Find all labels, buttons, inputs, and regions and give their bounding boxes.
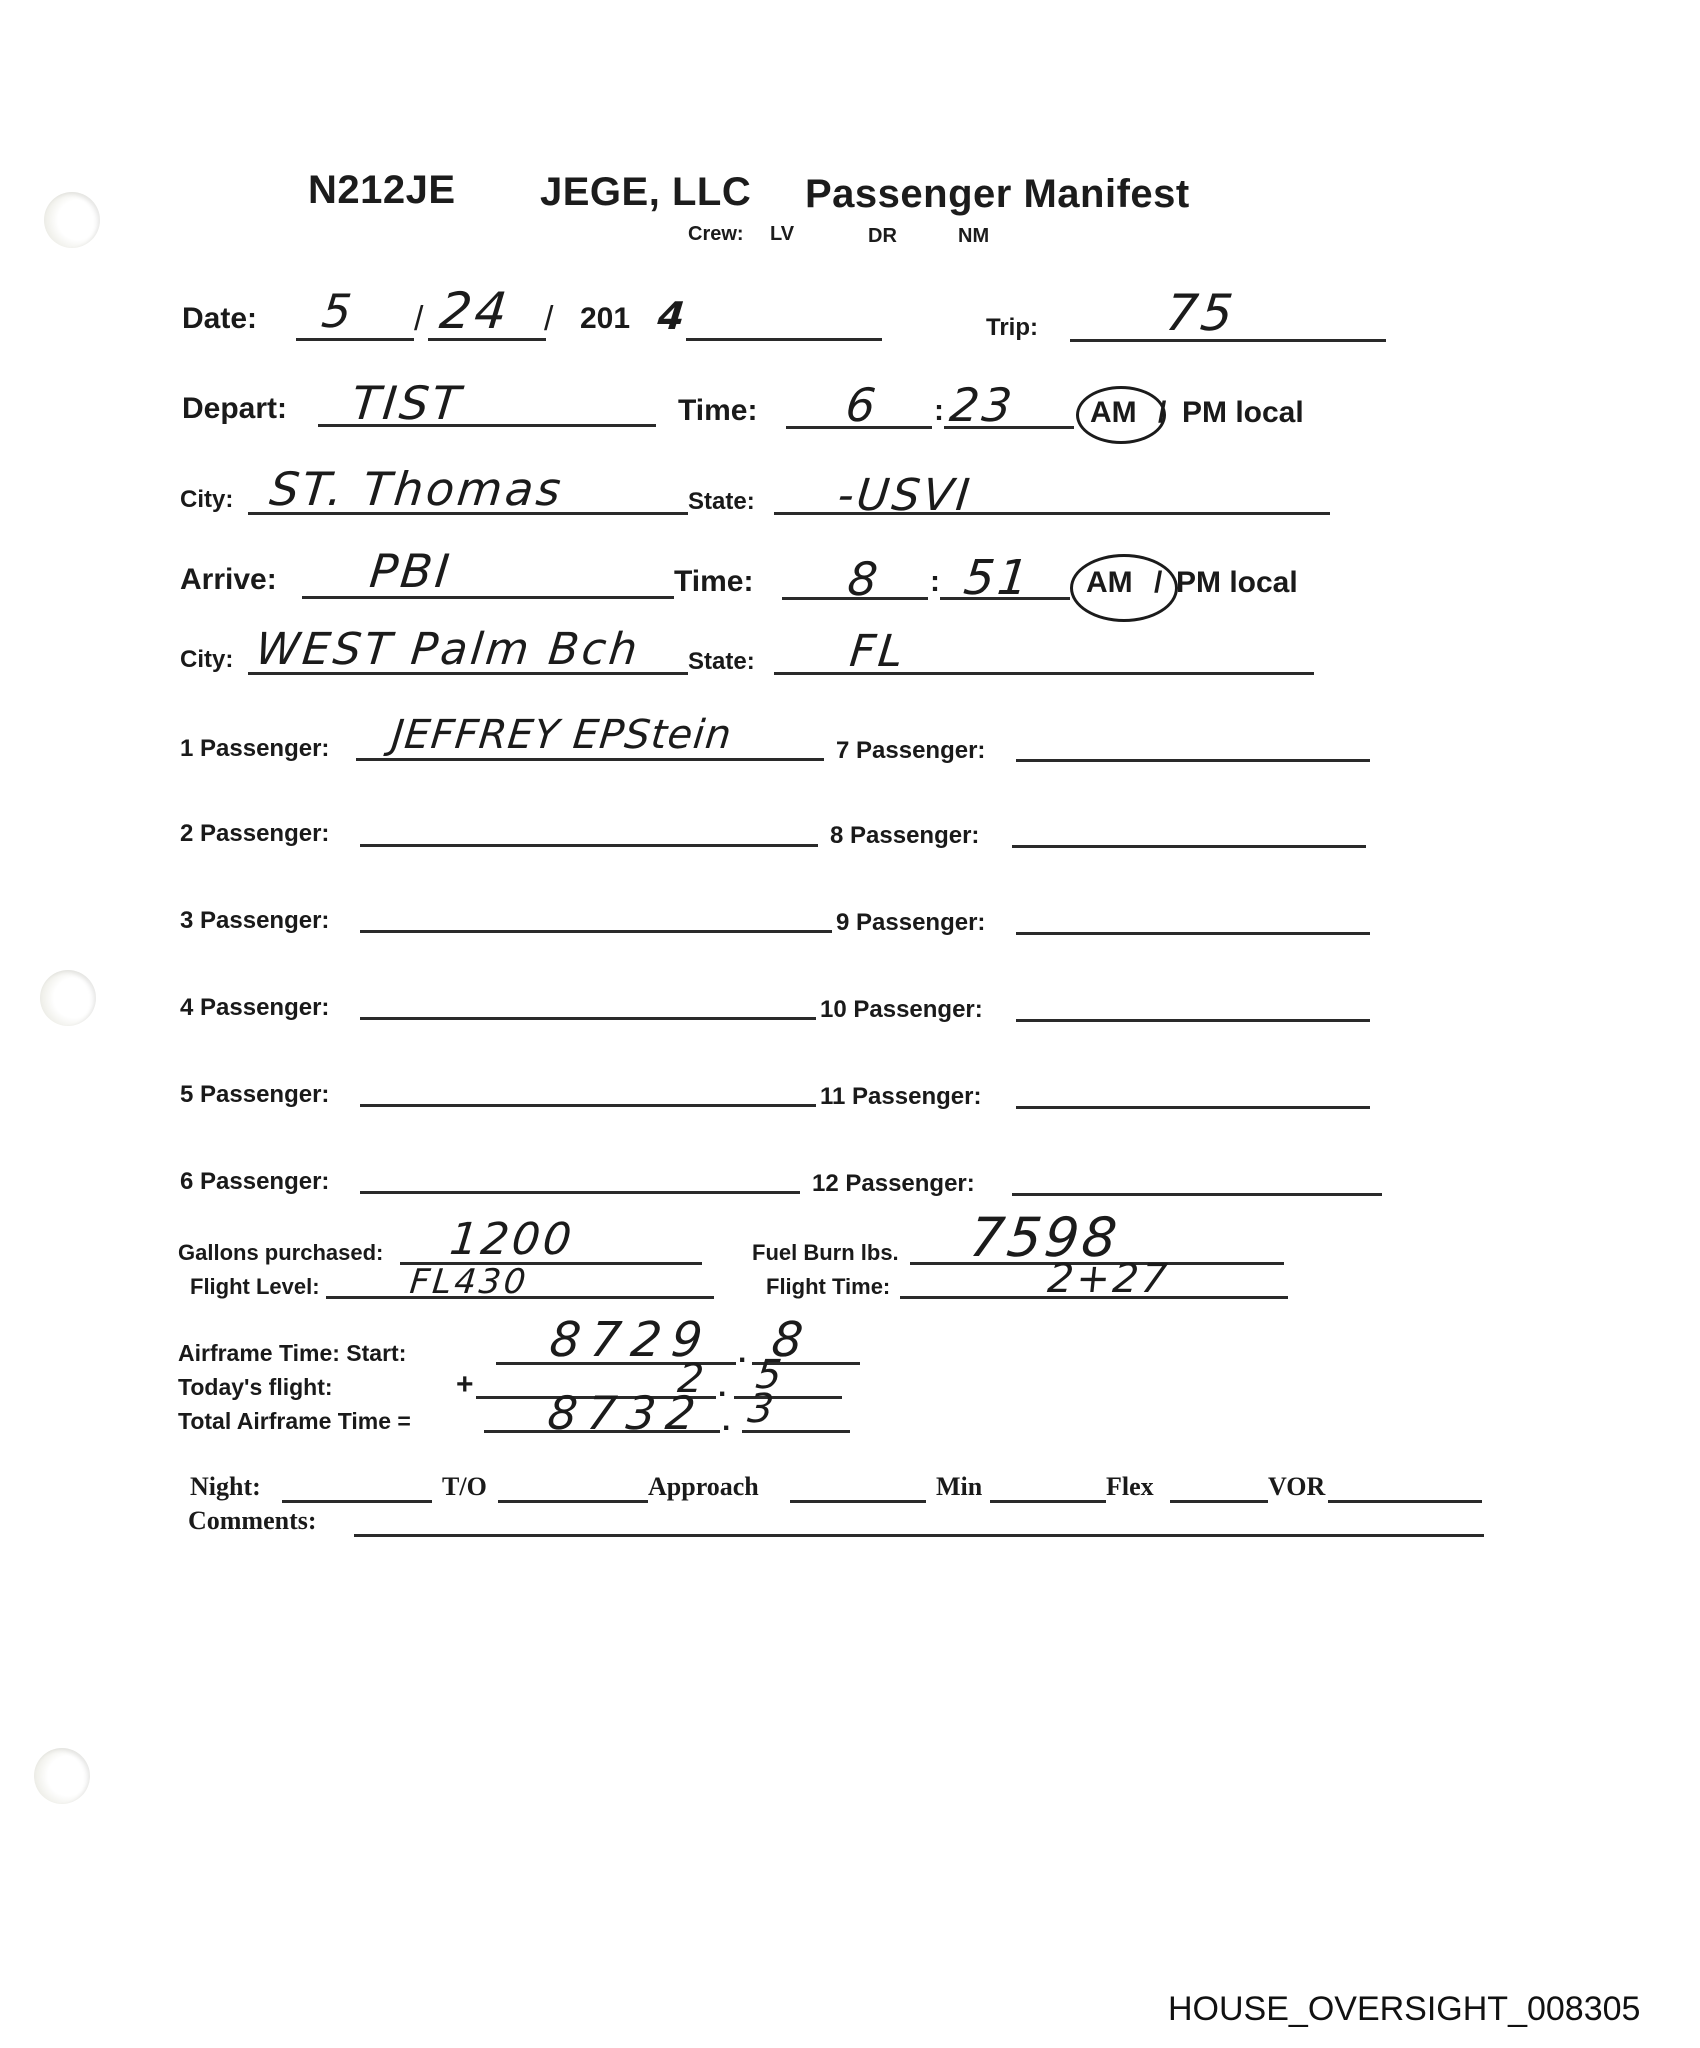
gallons-purchased-label: Gallons purchased: [178, 1240, 383, 1266]
form-title: Passenger Manifest [805, 172, 1190, 217]
arrive-minute-value[interactable]: 51 [961, 550, 1034, 606]
crew-label: Crew: [688, 223, 744, 246]
passenger-6-label: 6 Passenger: [180, 1168, 329, 1196]
airframe-start-label: Airframe Time: Start: [178, 1340, 406, 1367]
total-airframe-whole-value[interactable]: 8732 [545, 1386, 708, 1440]
passenger-12-line [1012, 1193, 1382, 1196]
passenger-5-label: 5 Passenger: [180, 1081, 329, 1109]
arrive-time-colon: : [930, 565, 940, 599]
arrive-pm-option[interactable]: PM local [1176, 566, 1298, 600]
flight-time-label: Flight Time: [766, 1274, 890, 1300]
depart-time-colon: : [934, 394, 944, 428]
passenger-1-line [356, 758, 824, 761]
airframe-start-dot: . [738, 1336, 746, 1370]
comments-label: Comments: [188, 1506, 317, 1536]
date-year-digit[interactable]: 4 [656, 294, 690, 338]
night-label: Night: [190, 1472, 261, 1502]
passenger-7-label: 7 Passenger: [836, 737, 985, 765]
total-airframe-tenth-value[interactable]: 3 [746, 1386, 779, 1432]
depart-pm-option[interactable]: PM local [1182, 396, 1304, 430]
flight-time-value[interactable]: 2+27 [1046, 1256, 1173, 1302]
trip-label: Trip: [986, 314, 1038, 342]
date-day-value[interactable]: 24 [437, 282, 513, 340]
passenger-9-line [1016, 932, 1370, 935]
todays-flight-dot: . [718, 1370, 726, 1404]
depart-city-label: City: [180, 486, 233, 514]
date-year-prefix: 201 [580, 302, 630, 336]
crew-member-1: LV [770, 223, 794, 246]
passenger-10-line [1016, 1019, 1370, 1022]
todays-flight-plus: + [456, 1368, 474, 1402]
passenger-6-line [360, 1191, 800, 1194]
passenger-3-label: 3 Passenger: [180, 907, 329, 935]
depart-state-value[interactable]: -USVI [835, 470, 974, 521]
passenger-4-label: 4 Passenger: [180, 994, 329, 1022]
total-airframe-label: Total Airframe Time = [178, 1408, 411, 1435]
arrive-label: Arrive: [180, 563, 277, 597]
depart-minute-value[interactable]: 23 [947, 378, 1017, 432]
crew-member-2: DR [868, 225, 897, 248]
arrive-state-label: State: [688, 648, 755, 676]
approach-line [790, 1500, 926, 1503]
arrive-state-value[interactable]: FL [847, 626, 908, 677]
depart-time-label: Time: [678, 394, 757, 428]
depart-am-option[interactable]: AM [1090, 396, 1137, 430]
arrive-time-label: Time: [674, 565, 753, 599]
depart-ampm-slash: / [1158, 396, 1166, 430]
passenger-5-line [360, 1104, 816, 1107]
depart-city-value[interactable]: ST. Thomas [267, 462, 566, 516]
passenger-11-line [1016, 1106, 1370, 1109]
arrive-hour-value[interactable]: 8 [845, 552, 883, 606]
hole-punch-middle [40, 970, 96, 1026]
vor-label: VOR [1268, 1472, 1325, 1502]
comments-line [354, 1534, 1484, 1537]
passenger-8-line [1012, 845, 1366, 848]
date-year-line [686, 338, 882, 341]
flex-line [1170, 1500, 1268, 1503]
crew-member-3: NM [958, 225, 989, 248]
passenger-10-label: 10 Passenger: [820, 996, 983, 1024]
depart-value[interactable]: TIST [349, 376, 466, 430]
arrive-city-value[interactable]: WEST Palm Bch [253, 624, 642, 675]
depart-label: Depart: [182, 392, 287, 426]
depart-state-label: State: [688, 488, 755, 516]
flex-label: Flex [1106, 1472, 1154, 1502]
arrive-am-option[interactable]: AM [1086, 566, 1133, 600]
date-month-value[interactable]: 5 [319, 284, 357, 338]
gallons-purchased-value[interactable]: 1200 [447, 1214, 576, 1265]
passenger-3-line [360, 930, 832, 933]
passenger-2-line [360, 844, 818, 847]
bates-stamp: HOUSE_OVERSIGHT_008305 [1168, 1990, 1640, 2029]
date-month-line [296, 338, 414, 341]
fuel-burn-label: Fuel Burn lbs. [752, 1240, 899, 1266]
depart-hour-value[interactable]: 6 [843, 378, 881, 432]
takeoff-line [498, 1500, 648, 1503]
passenger-2-label: 2 Passenger: [180, 820, 329, 848]
hole-punch-top [44, 192, 100, 248]
arrive-value[interactable]: PBI [367, 544, 455, 598]
flight-level-value[interactable]: FL430 [408, 1262, 531, 1302]
min-line [990, 1500, 1106, 1503]
date-label: Date: [182, 302, 257, 336]
approach-label: Approach [648, 1472, 759, 1502]
night-line [282, 1500, 432, 1503]
passenger-9-label: 9 Passenger: [836, 909, 985, 937]
company-name: JEGE, LLC [540, 170, 751, 215]
passenger-1-label: 1 Passenger: [180, 735, 329, 763]
arrive-ampm-slash: / [1154, 566, 1162, 600]
passenger-8-label: 8 Passenger: [830, 822, 979, 850]
flight-level-label: Flight Level: [190, 1274, 320, 1300]
hole-punch-bottom [34, 1748, 90, 1804]
passenger-7-line [1016, 759, 1370, 762]
passenger-12-label: 12 Passenger: [812, 1170, 975, 1198]
min-label: Min [936, 1472, 982, 1502]
passenger-1-name[interactable]: JEFFREY EPStein [390, 712, 735, 758]
total-airframe-dot: . [722, 1404, 730, 1438]
todays-flight-label: Today's flight: [178, 1374, 333, 1401]
tail-number: N212JE [308, 168, 456, 213]
passenger-4-line [360, 1017, 816, 1020]
passenger-11-label: 11 Passenger: [820, 1083, 981, 1111]
arrive-line [302, 596, 674, 599]
date-separator-2: / [544, 300, 553, 339]
arrive-city-label: City: [180, 646, 233, 674]
vor-line [1328, 1500, 1482, 1503]
date-separator-1: / [414, 300, 423, 339]
trip-value[interactable]: 75 [1163, 284, 1239, 342]
takeoff-label: T/O [442, 1472, 487, 1502]
